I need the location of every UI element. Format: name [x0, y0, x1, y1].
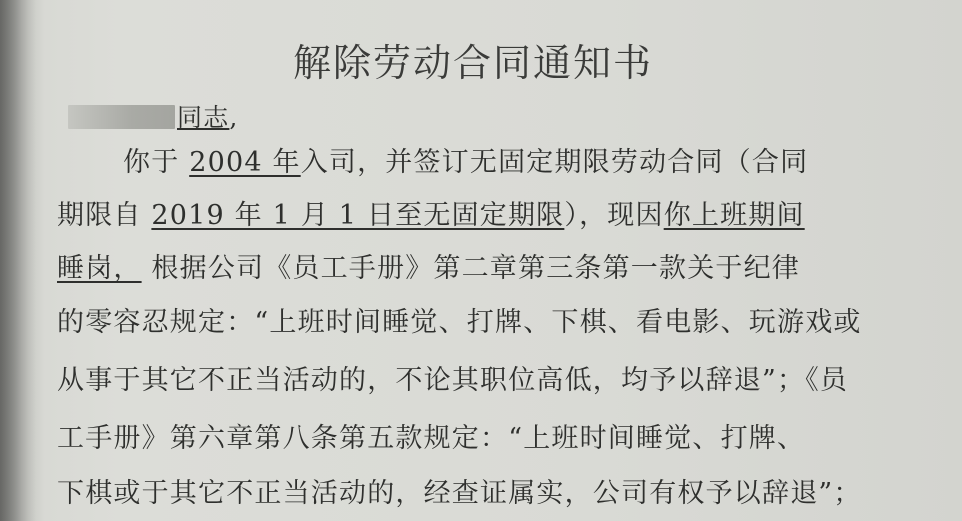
- text-segment: ），现因: [564, 200, 663, 231]
- underlined-text: 你上班期间: [664, 200, 805, 231]
- body-line-2: 期限自 2019 年 1 月 1 日至无固定期限），现因你上班期间: [57, 193, 805, 232]
- salutation-suffix: 同志: [177, 103, 229, 132]
- body-line-7: 下棋或于其它不正当活动的，经查证属实，公司有权予以辞退”；: [57, 471, 862, 510]
- text-segment: 期限自: [57, 200, 151, 231]
- text-segment: 根据公司《员工手册》第二章第三条第一款关于纪律: [142, 253, 800, 284]
- document-title: 解除劳动合同通知书: [293, 32, 653, 87]
- body-line-6: 工手册》第六章第八条第五款规定：“上班时间睡觉、打牌、: [57, 416, 805, 455]
- underlined-text: 睡岗，: [57, 253, 142, 284]
- text-segment: 从事于其它不正当活动的，不论其职位高低，均予以辞退”；《员: [57, 365, 848, 396]
- body-line-4: 的零容忍规定：“上班时间睡觉、打牌、下棋、看电影、玩游戏或: [57, 300, 862, 339]
- body-line-3: 睡岗， 根据公司《员工手册》第二章第三条第一款关于纪律: [57, 246, 800, 285]
- body-line-5: 从事于其它不正当活动的，不论其职位高低，均予以辞退”；《员: [57, 358, 848, 397]
- text-segment: 工手册》第六章第八条第五款规定：“上班时间睡觉、打牌、: [57, 423, 805, 454]
- page-edge-shadow: [0, 0, 36, 521]
- text-segment: 的零容忍规定：“上班时间睡觉、打牌、下棋、看电影、玩游戏或: [57, 307, 862, 338]
- underlined-text: 2019 年 1 月 1 日至无固定期限: [151, 200, 564, 231]
- salutation: 同志,: [68, 98, 239, 134]
- text-segment: 下棋或于其它不正当活动的，经查证属实，公司有权予以辞退”；: [57, 478, 862, 509]
- underlined-text: 2004 年: [189, 147, 301, 178]
- redacted-name: [68, 105, 175, 129]
- text-segment: 入司，并签订无固定期限劳动合同（合同: [301, 147, 809, 178]
- text-segment: 你于: [123, 147, 189, 178]
- body-line-1: 你于 2004 年入司，并签订无固定期限劳动合同（合同: [123, 140, 808, 179]
- salutation-punct: ,: [229, 103, 238, 132]
